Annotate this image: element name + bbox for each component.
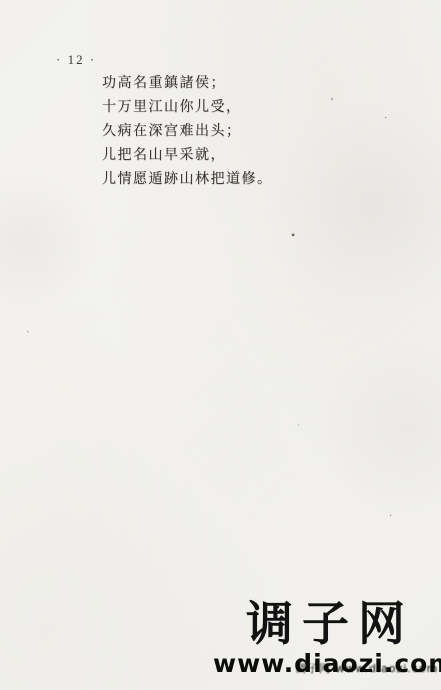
- line-text: 十万里江山你儿受，: [102, 100, 242, 115]
- ink-speck: ·: [297, 420, 300, 430]
- page-number: · 12 ·: [56, 52, 96, 68]
- scanned-book-page: · 12 · 功高名重鎮諸侯； 十万里江山你儿受， 久病在深宫难出头； 儿把名山…: [0, 0, 441, 690]
- script-line: 儿把名山早采就，: [102, 144, 437, 168]
- ink-speck: •: [291, 228, 295, 243]
- watermark-site-name: 调子网: [246, 599, 414, 651]
- watermark-faint-overlay-text: 调子网·www.diaozi.com: [295, 660, 438, 676]
- line-text: 久病在深宫难出头；: [102, 124, 242, 139]
- script-line: 儿情愿遁跡山林把道修。: [102, 168, 437, 192]
- line-text: 儿把名山早采就，: [102, 148, 226, 163]
- script-line: 功高名重鎮諸侯；: [102, 72, 437, 96]
- script-line: 十万里江山你儿受，: [102, 96, 437, 120]
- ink-speck: ˙: [389, 514, 392, 525]
- ink-speck: 、: [26, 322, 35, 335]
- line-text: 儿情愿遁跡山林把道修。: [102, 172, 273, 187]
- opera-script-text: 功高名重鎮諸侯； 十万里江山你儿受， 久病在深宫难出头； 儿把名山早采就， 儿情…: [38, 72, 437, 192]
- line-text: 功高名重鎮諸侯；: [102, 76, 226, 91]
- script-line: 久病在深宫难出头；: [102, 120, 437, 144]
